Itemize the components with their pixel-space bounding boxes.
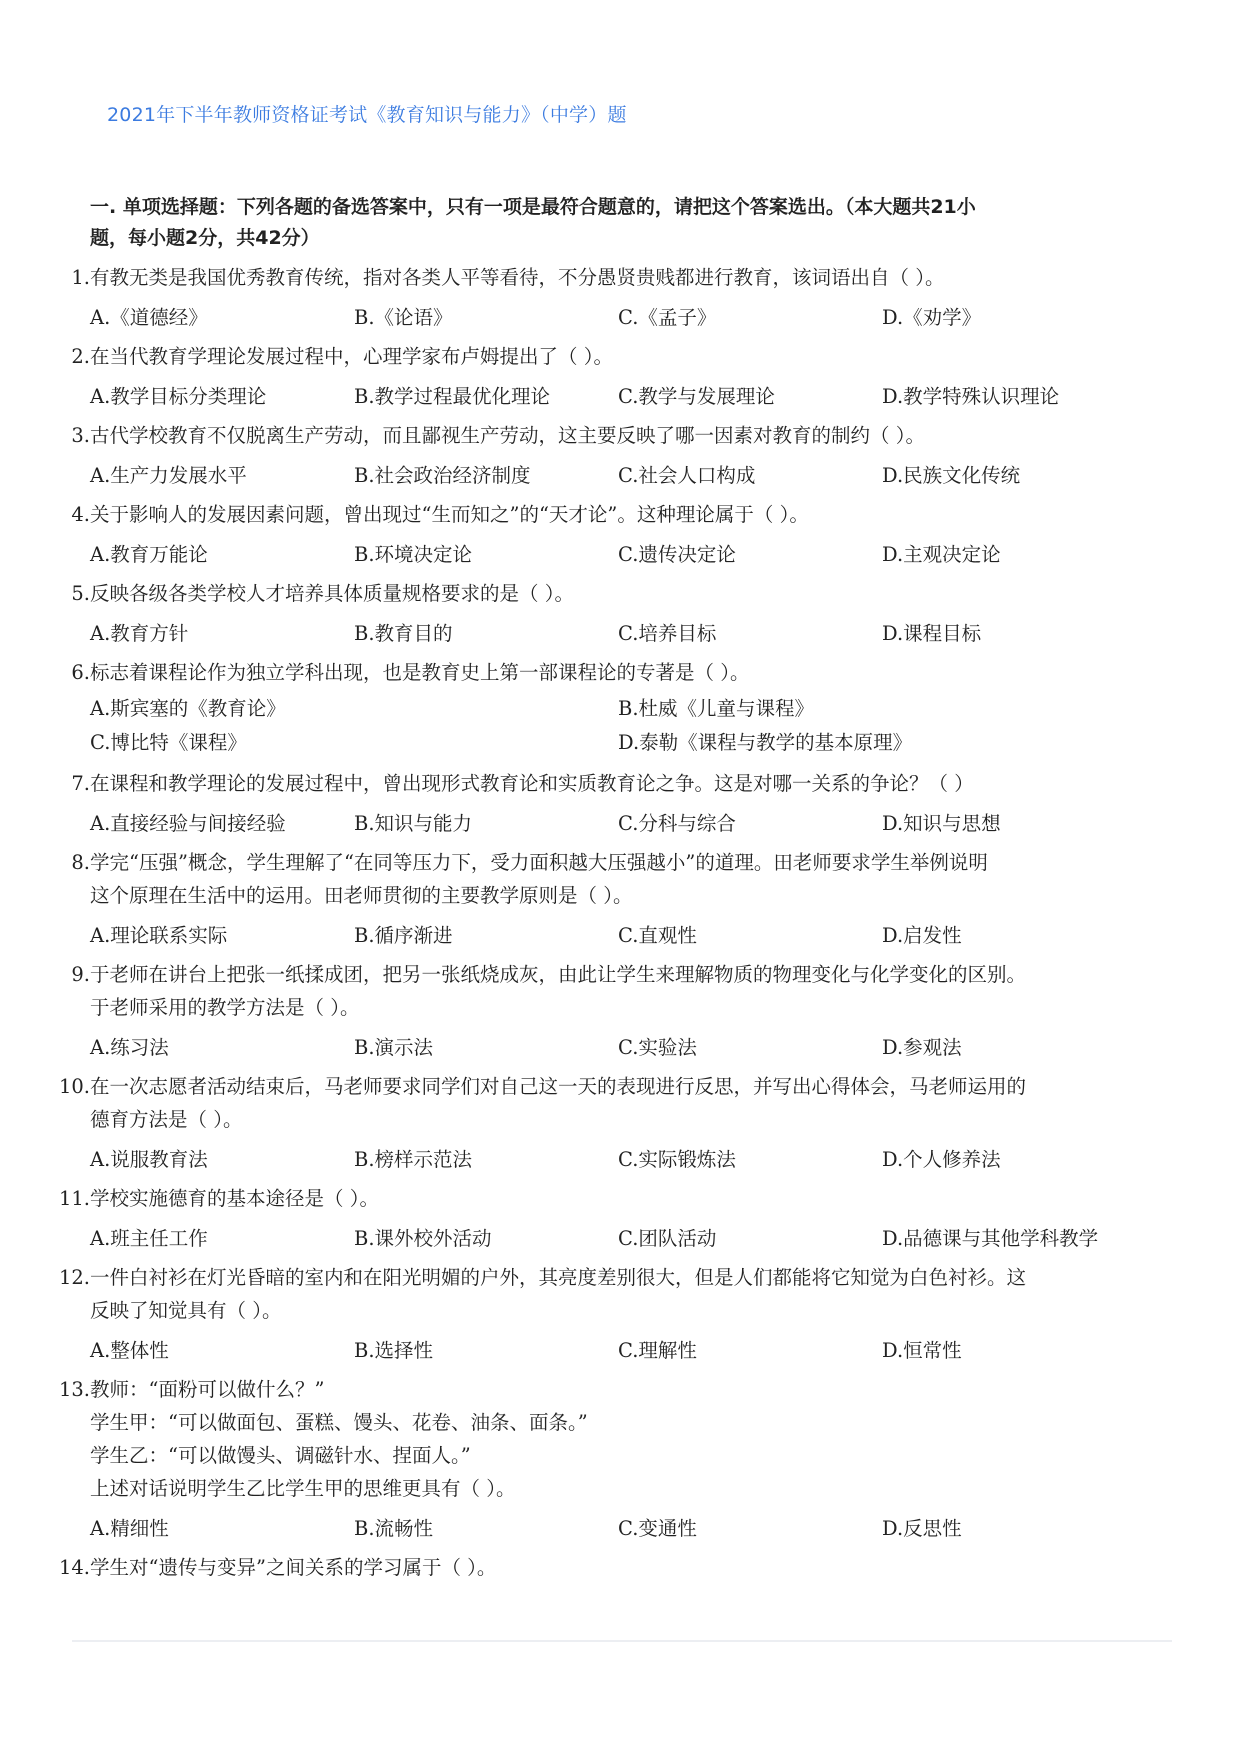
option-d: D.民族文化传统 bbox=[882, 460, 1020, 488]
options-row: A.斯宾塞的《教育论》 B.杜威《儿童与课程》 bbox=[0, 693, 1240, 727]
option-b: B.教学过程最优化理论 bbox=[354, 381, 550, 409]
question-stem-line-2: 反映了知觉具有（ ）。 bbox=[90, 1294, 1180, 1327]
question-number: 6. bbox=[71, 656, 90, 689]
question-12: 12. 一件白衬衫在灯光昏暗的室内和在阳光明媚的户外，其亮度差别很大，但是人们都… bbox=[0, 1261, 1240, 1327]
section-heading: 一. 单项选择题：下列各题的备选答案中，只有一项是最符合题意的，请把这个答案选出… bbox=[90, 192, 1120, 254]
option-d: D.反思性 bbox=[882, 1513, 962, 1541]
option-b: B.教育目的 bbox=[354, 618, 453, 646]
document-title: 2021年下半年教师资格证考试《教育知识与能力》（中学）题 bbox=[107, 100, 627, 127]
question-number: 8. bbox=[71, 846, 90, 879]
question-stem-line-3: 学生乙：“可以做馒头、调磁针水、捏面人。” bbox=[90, 1439, 1180, 1472]
option-a: A.班主任工作 bbox=[90, 1223, 208, 1251]
option-b: B.社会政治经济制度 bbox=[354, 460, 531, 488]
options-row: A.生产力发展水平 B.社会政治经济制度 C.社会人口构成 D.民族文化传统 bbox=[0, 452, 1240, 498]
options-row: A.教学目标分类理论 B.教学过程最优化理论 C.教学与发展理论 D.教学特殊认… bbox=[0, 373, 1240, 419]
question-stem: 学生对“遗传与变异”之间关系的学习属于（ ）。 bbox=[90, 1551, 1180, 1584]
option-a: A.直接经验与间接经验 bbox=[90, 808, 286, 836]
option-a: A.精细性 bbox=[90, 1513, 169, 1541]
question-stem: 关于影响人的发展因素问题，曾出现过“生而知之”的“天才论”。这种理论属于（ ）。 bbox=[90, 498, 1180, 531]
question-stem-line-1: 于老师在讲台上把张一纸揉成团，把另一张纸烧成灰，由此让学生来理解物质的物理变化与… bbox=[90, 958, 1180, 991]
question-number: 3. bbox=[71, 419, 90, 452]
option-b: B.《论语》 bbox=[354, 302, 453, 330]
question-8: 8. 学完“压强”概念，学生理解了“在同等压力下，受力面积越大压强越小”的道理。… bbox=[0, 846, 1240, 912]
option-d: D.主观决定论 bbox=[882, 539, 1001, 567]
option-c: C.《孟子》 bbox=[618, 302, 716, 330]
question-stem-line-2: 德育方法是（ ）。 bbox=[90, 1103, 1180, 1136]
option-b: B.环境决定论 bbox=[354, 539, 472, 567]
option-a: A.教学目标分类理论 bbox=[90, 381, 266, 409]
options-row: C.博比特《课程》 D.泰勒《课程与教学的基本原理》 bbox=[0, 727, 1240, 761]
option-c: C.遗传决定论 bbox=[618, 539, 736, 567]
option-a: A.生产力发展水平 bbox=[90, 460, 247, 488]
question-stem: 学校实施德育的基本途径是（ ）。 bbox=[90, 1182, 1180, 1215]
question-10: 10. 在一次志愿者活动结束后，马老师要求同学们对自己这一天的表现进行反思，并写… bbox=[0, 1070, 1240, 1136]
question-number: 2. bbox=[71, 340, 90, 373]
section-heading-line2: 题，每小题2分，共42分） bbox=[90, 223, 1120, 254]
question-number: 4. bbox=[71, 498, 90, 531]
option-a: A.整体性 bbox=[90, 1335, 169, 1363]
section-heading-line1: 一. 单项选择题：下列各题的备选答案中，只有一项是最符合题意的，请把这个答案选出… bbox=[90, 192, 1120, 223]
options-row: A.班主任工作 B.课外校外活动 C.团队活动 D.品德课与其他学科教学 bbox=[0, 1215, 1240, 1261]
question-9: 9. 于老师在讲台上把张一纸揉成团，把另一张纸烧成灰，由此让学生来理解物质的物理… bbox=[0, 958, 1240, 1024]
options-row: A.整体性 B.选择性 C.理解性 D.恒常性 bbox=[0, 1327, 1240, 1373]
options-row: A.教育方针 B.教育目的 C.培养目标 D.课程目标 bbox=[0, 610, 1240, 656]
option-a: A.练习法 bbox=[90, 1032, 169, 1060]
option-c: C.博比特《课程》 bbox=[90, 727, 247, 755]
question-stem-line-2: 这个原理在生活中的运用。田老师贯彻的主要教学原则是（ ）。 bbox=[90, 879, 1180, 912]
question-5: 5. 反映各级各类学校人才培养具体质量规格要求的是（ ）。 bbox=[0, 577, 1240, 610]
option-a: A.教育方针 bbox=[90, 618, 188, 646]
option-c: C.团队活动 bbox=[618, 1223, 716, 1251]
option-c: C.直观性 bbox=[618, 920, 697, 948]
option-d: D.泰勒《课程与教学的基本原理》 bbox=[618, 727, 912, 755]
option-d: D.个人修养法 bbox=[882, 1144, 1001, 1172]
option-d: D.启发性 bbox=[882, 920, 962, 948]
question-stem-line-2: 学生甲：“可以做面包、蛋糕、馒头、花卷、油条、面条。” bbox=[90, 1406, 1180, 1439]
question-6: 6. 标志着课程论作为独立学科出现，也是教育史上第一部课程论的专著是（ ）。 bbox=[0, 656, 1240, 689]
option-b: B.流畅性 bbox=[354, 1513, 433, 1541]
question-7: 7. 在课程和教学理论的发展过程中，曾出现形式教育论和实质教育论之争。这是对哪一… bbox=[0, 767, 1240, 800]
question-stem: 标志着课程论作为独立学科出现，也是教育史上第一部课程论的专著是（ ）。 bbox=[90, 656, 1180, 689]
question-stem: 反映各级各类学校人才培养具体质量规格要求的是（ ）。 bbox=[90, 577, 1180, 610]
question-1: 1. 有教无类是我国优秀教育传统，指对各类人平等看待，不分愚贤贵贱都进行教育，该… bbox=[0, 261, 1240, 294]
option-b: B.课外校外活动 bbox=[354, 1223, 492, 1251]
options-row: A.练习法 B.演示法 C.实验法 D.参观法 bbox=[0, 1024, 1240, 1070]
question-stem-line-1: 教师：“面粉可以做什么？” bbox=[90, 1373, 1180, 1406]
option-d: D.参观法 bbox=[882, 1032, 962, 1060]
question-number: 7. bbox=[71, 767, 90, 800]
option-b: B.知识与能力 bbox=[354, 808, 472, 836]
option-c: C.培养目标 bbox=[618, 618, 716, 646]
option-c: C.变通性 bbox=[618, 1513, 697, 1541]
option-d: D.品德课与其他学科教学 bbox=[882, 1223, 1098, 1251]
option-c: C.实验法 bbox=[618, 1032, 697, 1060]
option-d: D.教学特殊认识理论 bbox=[882, 381, 1059, 409]
option-d: D.知识与思想 bbox=[882, 808, 1001, 836]
question-stem-line-1: 一件白衬衫在灯光昏暗的室内和在阳光明媚的户外，其亮度差别很大，但是人们都能将它知… bbox=[90, 1261, 1180, 1294]
option-c: C.理解性 bbox=[618, 1335, 697, 1363]
question-stem-line-1: 学完“压强”概念，学生理解了“在同等压力下，受力面积越大压强越小”的道理。田老师… bbox=[90, 846, 1180, 879]
question-stem-line-1: 在一次志愿者活动结束后，马老师要求同学们对自己这一天的表现进行反思，并写出心得体… bbox=[90, 1070, 1180, 1103]
option-b: B.杜威《儿童与课程》 bbox=[618, 693, 814, 721]
question-number: 13. bbox=[59, 1373, 90, 1406]
options-row: A.教育万能论 B.环境决定论 C.遗传决定论 D.主观决定论 bbox=[0, 531, 1240, 577]
question-stem: 在课程和教学理论的发展过程中，曾出现形式教育论和实质教育论之争。这是对哪一关系的… bbox=[90, 767, 1180, 800]
option-b: B.演示法 bbox=[354, 1032, 433, 1060]
question-13: 13. 教师：“面粉可以做什么？” 学生甲：“可以做面包、蛋糕、馒头、花卷、油条… bbox=[0, 1373, 1240, 1505]
option-d: D.《劝学》 bbox=[882, 302, 981, 330]
question-14: 14. 学生对“遗传与变异”之间关系的学习属于（ ）。 bbox=[0, 1551, 1240, 1584]
question-list: 1. 有教无类是我国优秀教育传统，指对各类人平等看待，不分愚贤贵贱都进行教育，该… bbox=[0, 261, 1240, 1584]
options-row: A.理论联系实际 B.循序渐进 C.直观性 D.启发性 bbox=[0, 912, 1240, 958]
question-number: 10. bbox=[59, 1070, 90, 1103]
question-11: 11. 学校实施德育的基本途径是（ ）。 bbox=[0, 1182, 1240, 1215]
option-a: A.《道德经》 bbox=[90, 302, 208, 330]
question-2: 2. 在当代教育学理论发展过程中，心理学家布卢姆提出了（ ）。 bbox=[0, 340, 1240, 373]
option-a: A.斯宾塞的《教育论》 bbox=[90, 693, 286, 721]
option-c: C.分科与综合 bbox=[618, 808, 736, 836]
question-number: 5. bbox=[71, 577, 90, 610]
option-c: C.实际锻炼法 bbox=[618, 1144, 736, 1172]
question-stem-line-4: 上述对话说明学生乙比学生甲的思维更具有（ ）。 bbox=[90, 1472, 1180, 1505]
option-d: D.课程目标 bbox=[882, 618, 981, 646]
question-stem: 有教无类是我国优秀教育传统，指对各类人平等看待，不分愚贤贵贱都进行教育，该词语出… bbox=[90, 261, 1180, 294]
option-d: D.恒常性 bbox=[882, 1335, 962, 1363]
option-a: A.说服教育法 bbox=[90, 1144, 208, 1172]
question-number: 1. bbox=[71, 261, 90, 294]
option-b: B.榜样示范法 bbox=[354, 1144, 472, 1172]
options-row: A.精细性 B.流畅性 C.变通性 D.反思性 bbox=[0, 1505, 1240, 1551]
question-stem: 在当代教育学理论发展过程中，心理学家布卢姆提出了（ ）。 bbox=[90, 340, 1180, 373]
question-number: 14. bbox=[59, 1551, 90, 1584]
options-row: A.说服教育法 B.榜样示范法 C.实际锻炼法 D.个人修养法 bbox=[0, 1136, 1240, 1182]
option-c: C.社会人口构成 bbox=[618, 460, 755, 488]
option-b: B.选择性 bbox=[354, 1335, 433, 1363]
question-number: 12. bbox=[59, 1261, 90, 1294]
question-stem-line-2: 于老师采用的教学方法是（ ）。 bbox=[90, 991, 1180, 1024]
question-number: 11. bbox=[59, 1182, 90, 1215]
option-b: B.循序渐进 bbox=[354, 920, 453, 948]
question-stem: 古代学校教育不仅脱离生产劳动，而且鄙视生产劳动，这主要反映了哪一因素对教育的制约… bbox=[90, 419, 1180, 452]
question-3: 3. 古代学校教育不仅脱离生产劳动，而且鄙视生产劳动，这主要反映了哪一因素对教育… bbox=[0, 419, 1240, 452]
option-a: A.教育万能论 bbox=[90, 539, 208, 567]
question-4: 4. 关于影响人的发展因素问题，曾出现过“生而知之”的“天才论”。这种理论属于（… bbox=[0, 498, 1240, 531]
options-row: A.《道德经》 B.《论语》 C.《孟子》 D.《劝学》 bbox=[0, 294, 1240, 340]
page-divider bbox=[72, 1640, 1172, 1642]
options-row: A.直接经验与间接经验 B.知识与能力 C.分科与综合 D.知识与思想 bbox=[0, 800, 1240, 846]
question-number: 9. bbox=[71, 958, 90, 991]
option-c: C.教学与发展理论 bbox=[618, 381, 775, 409]
option-a: A.理论联系实际 bbox=[90, 920, 227, 948]
